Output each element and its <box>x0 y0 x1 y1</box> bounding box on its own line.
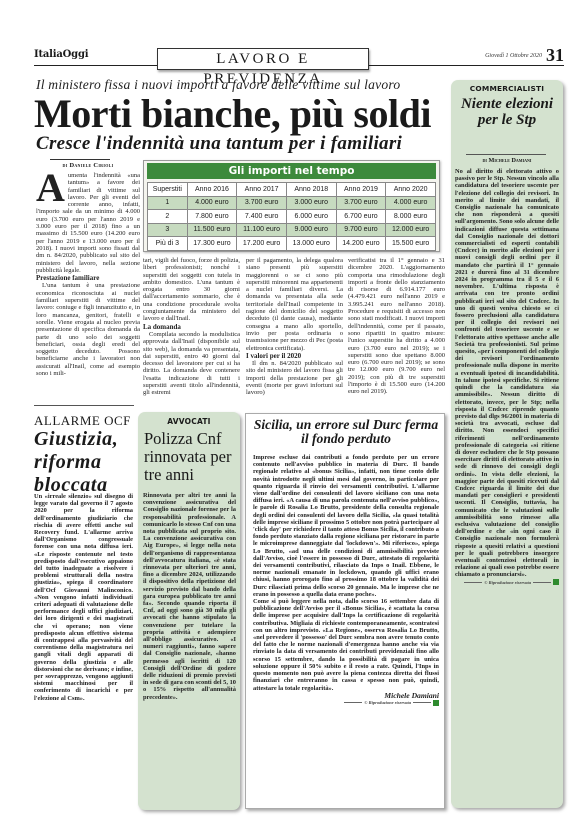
dropcap: A <box>36 173 65 203</box>
table-header-row: Superstiti Anno 2016 Anno 2017 Anno 2018… <box>148 183 436 197</box>
main-headline: Morti bianche, più soldi <box>34 93 431 135</box>
article-paragraph: Un «irreale silenzio» sul disegno di leg… <box>34 493 133 702</box>
table-cell: 6.000 euro <box>286 210 336 224</box>
article-paragraph: tari, vigili del fuoco, forze di polizia… <box>143 257 240 323</box>
rule-line <box>413 702 431 703</box>
column-header: Anno 2016 <box>187 183 237 197</box>
article-paragraph: Compilata secondo la modulistica approva… <box>143 331 240 397</box>
sicilia-body: Imprese escluse dai contributi a fondo p… <box>253 454 439 799</box>
ocf-title: Giustizia, riforma bloccata <box>34 428 134 497</box>
table-cell: 8.000 euro <box>386 210 436 224</box>
section-subheading: I valori per il 2020 <box>246 353 343 360</box>
commercialisti-body: No al diritto di elettorato attivo o pas… <box>455 168 559 798</box>
table-cell: 17.200 euro <box>237 237 287 251</box>
main-subhead: Cresce l'indennità una tantum per i fami… <box>36 133 402 155</box>
section-title: LAVORO E PREVIDENZA <box>157 48 369 70</box>
table-cell: 13.000 euro <box>286 237 336 251</box>
table-cell: 11.100 euro <box>237 223 287 237</box>
table-row: Più di 3 17.300 euro 17.200 euro 13.000 … <box>148 237 436 251</box>
table-cell: 12.000 euro <box>386 223 436 237</box>
table-cell: 4.000 euro <box>187 196 237 210</box>
article-paragraph: per il pagamento, la delega qualora sian… <box>246 257 343 352</box>
table-cell: Più di 3 <box>148 237 188 251</box>
publication-logo: ItaliaOggi <box>34 49 88 60</box>
main-article-column-4: verificatisi tra il 1° gennaio e 31 dice… <box>348 257 445 407</box>
article-paragraph: verificatisi tra il 1° gennaio e 31 dice… <box>348 257 445 396</box>
article-paragraph: Come si può leggere nella nota, dallo sc… <box>253 598 439 692</box>
table-cell: 4.000 euro <box>386 196 436 210</box>
ocf-body: Un «irreale silenzio» sul disegno di leg… <box>34 493 133 813</box>
article-paragraph: Il dm n. 84/2020 pubblicato sul sito del… <box>246 360 343 396</box>
article-paragraph: No al diritto di elettorato attivo o pas… <box>455 168 559 579</box>
article-paragraph: Imprese escluse dai contributi a fondo p… <box>253 454 439 598</box>
sicilia-title: Sicilia, un errore sul Durc ferma il fon… <box>250 418 442 446</box>
table-cell: 3.700 euro <box>336 196 386 210</box>
table-cell: 7.400 euro <box>237 210 287 224</box>
copyright-text: © Riproduzione riservata <box>484 579 531 586</box>
issue-date: Giovedì 1 Ottobre 2020 <box>485 53 542 59</box>
table-cell: 3.000 euro <box>286 196 336 210</box>
table-cell: 17.300 euro <box>187 237 237 251</box>
masthead: ItaliaOggi LAVORO E PREVIDENZA Giovedì 1… <box>34 48 564 72</box>
importi-table: Superstiti Anno 2016 Anno 2017 Anno 2018… <box>147 182 436 251</box>
page-number: 31 <box>546 45 564 66</box>
table-title: Gli importi nel tempo <box>147 163 436 179</box>
avvocati-title: Polizza Cnf rinnovata per tre anni <box>144 430 236 484</box>
commercialisti-box: COMMERCIALISTI Niente elezioni per le St… <box>451 80 563 808</box>
table-cell: 11.500 euro <box>187 223 237 237</box>
importi-table-box: Gli importi nel tempo Superstiti Anno 20… <box>143 160 440 252</box>
rule-line <box>344 702 362 703</box>
copyright-notice: © Riproduzione riservata <box>253 699 439 706</box>
commercialisti-byline: di Michele Damiani <box>451 157 563 164</box>
avvocati-body: Rinnovata per altri tre anni la convenzi… <box>143 492 236 802</box>
article-paragraph: L'una tantum è una prestazione economica… <box>36 282 140 377</box>
main-article-column-1: A umenta l'indennità «una tantum» a favo… <box>36 172 140 397</box>
author-signature: Michele Damiani <box>253 692 439 699</box>
column-header: Anno 2017 <box>237 183 287 197</box>
table-row: 3 11.500 euro 11.100 euro 9.000 euro 9.7… <box>148 223 436 237</box>
table-cell: 3.700 euro <box>237 196 287 210</box>
main-article-column-3: per il pagamento, la delega qualora sian… <box>246 257 343 407</box>
sicilia-article-box: Sicilia, un errore sul Durc ferma il fon… <box>245 413 445 809</box>
end-square-icon <box>433 700 439 706</box>
avvocati-box: AVVOCATI Polizza Cnf rinnovata per tre a… <box>138 412 240 810</box>
commercialisti-title: Niente elezioni per le Stp <box>451 96 563 128</box>
column-header: Superstiti <box>148 183 188 197</box>
newspaper-page: ItaliaOggi LAVORO E PREVIDENZA Giovedì 1… <box>0 0 580 820</box>
table-cell: 7.800 euro <box>187 210 237 224</box>
section-subheading: Prestazione familiare <box>36 275 140 282</box>
rule-line <box>464 582 482 583</box>
byline-rule <box>466 154 546 155</box>
table-cell: 14.200 euro <box>336 237 386 251</box>
copyright-text: © Riproduzione riservata <box>364 699 411 706</box>
end-square-icon <box>553 579 559 585</box>
table-cell: 9.000 euro <box>286 223 336 237</box>
table-cell: 3 <box>148 223 188 237</box>
table-row: 2 7.800 euro 7.400 euro 6.000 euro 6.700… <box>148 210 436 224</box>
article-paragraph: Rinnovata per altri tre anni la convenzi… <box>143 492 236 701</box>
column-header: Anno 2019 <box>336 183 386 197</box>
section-subheading: La domanda <box>143 324 240 331</box>
section-divider <box>34 405 134 406</box>
ocf-kicker: ALLARME OCF <box>34 413 131 429</box>
table-cell: 2 <box>148 210 188 224</box>
copyright-notice: © Riproduzione riservata <box>455 579 559 586</box>
avvocati-tag: AVVOCATI <box>138 417 240 426</box>
table-cell: 6.700 euro <box>336 210 386 224</box>
table-row: 1 4.000 euro 3.700 euro 3.000 euro 3.700… <box>148 196 436 210</box>
table-cell: 9.700 euro <box>336 223 386 237</box>
main-article-column-2: tari, vigili del fuoco, forze di polizia… <box>143 257 240 397</box>
column-header: Anno 2020 <box>386 183 436 197</box>
table-cell: 15.500 euro <box>386 237 436 251</box>
byline-rule <box>50 159 110 160</box>
commercialisti-tag: COMMERCIALISTI <box>451 84 563 93</box>
table-cell: 1 <box>148 196 188 210</box>
rule-line <box>533 582 551 583</box>
column-header: Anno 2018 <box>286 183 336 197</box>
